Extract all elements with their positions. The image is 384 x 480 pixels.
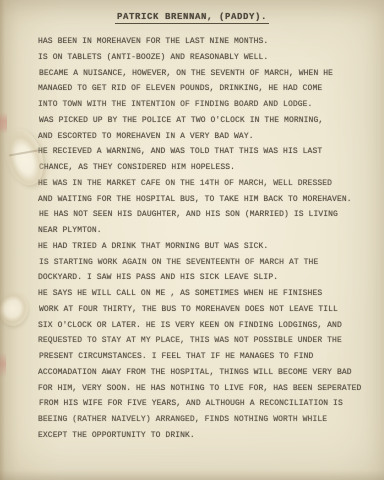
typed-line: WAS PICKED UP BY THE POLICE AT TWO O'CLO… <box>39 113 383 129</box>
document-title: PATRICK BRENNAN, (PADDY). <box>0 12 384 22</box>
paper-edge-stain <box>0 352 6 378</box>
typed-line: HE HAD TRIED A DRINK THAT MORNING BUT WA… <box>38 239 382 255</box>
typed-line: BECAME A NUISANCE, HOWEVER, ON THE SEVEN… <box>39 66 383 82</box>
paper-edge-stain <box>0 112 7 134</box>
typed-line: NEAR PLYMTON. <box>38 223 382 239</box>
typed-line: IS ON TABLETS (ANTI-BOOZE) AND REASONABL… <box>38 50 382 66</box>
typed-line: WORK AT FOUR THIRTY, THE BUS TO MOREHAVE… <box>39 302 383 318</box>
typewritten-page: PATRICK BRENNAN, (PADDY). HAS BEEN IN MO… <box>0 0 384 480</box>
typed-line: AND WAITING FOR THE HOSPITAL BUS, TO TAK… <box>38 192 382 208</box>
typed-line: ACCOMADATION AWAY FROM THE HOSPITAL, THI… <box>38 365 382 381</box>
typed-line: HE HAS NOT SEEN HIS DAUGHTER, AND HIS SO… <box>39 207 383 223</box>
typed-line: AND ESCORTED TO MOREHAVEN IN A VERY BAD … <box>38 129 382 145</box>
document-title-text: PATRICK BRENNAN, (PADDY). <box>115 12 269 24</box>
typed-line: HE SAYS HE WILL CALL ON ME , AS SOMETIME… <box>38 286 382 302</box>
typed-line: DOCKYARD. I SAW HIS PASS AND HIS SICK LE… <box>38 270 382 286</box>
typed-line: REQUESTED TO STAY AT MY PLACE, THIS WAS … <box>38 333 382 349</box>
typed-line: BEEING (RATHER NAIVELY) ARRANGED, FINDS … <box>38 412 382 428</box>
paper-crease-mark <box>0 289 31 328</box>
typed-line: HAS BEEN IN MOREHAVEN FOR THE LAST NINE … <box>38 34 382 50</box>
typed-line: CHANCE, AS THEY CONSIDERED HIM HOPELESS. <box>39 160 383 176</box>
typed-line: HE WAS IN THE MARKET CAFE ON THE 14TH OF… <box>38 176 382 192</box>
typed-line: HE RECIEVED A WARNING, AND WAS TOLD THAT… <box>38 144 382 160</box>
typed-line: FOR HIM, VERY SOON. HE HAS NOTHING TO LI… <box>38 381 382 397</box>
document-body: HAS BEEN IN MOREHAVEN FOR THE LAST NINE … <box>38 34 382 444</box>
typed-line: INTO TOWN WITH THE INTENTION OF FINDING … <box>38 97 382 113</box>
typed-line: PRESENT CIRCUMSTANCES. I FEEL THAT IF HE… <box>39 349 383 365</box>
typed-line: EXCEPT THE OPPORTUNITY TO DRINK. <box>38 428 382 444</box>
typed-line: MANAGED TO GET RID OF ELEVEN POUNDS, DRI… <box>38 81 382 97</box>
typed-line: SIX O'CLOCK OR LATER. HE IS VERY KEEN ON… <box>38 318 382 334</box>
typed-line: IS STARTING WORK AGAIN ON THE SEVENTEENT… <box>39 255 383 271</box>
typed-line: FROM HIS WIFE FOR FIVE YEARS, AND ALTHOU… <box>39 396 383 412</box>
page-edge-shadow <box>0 470 384 480</box>
